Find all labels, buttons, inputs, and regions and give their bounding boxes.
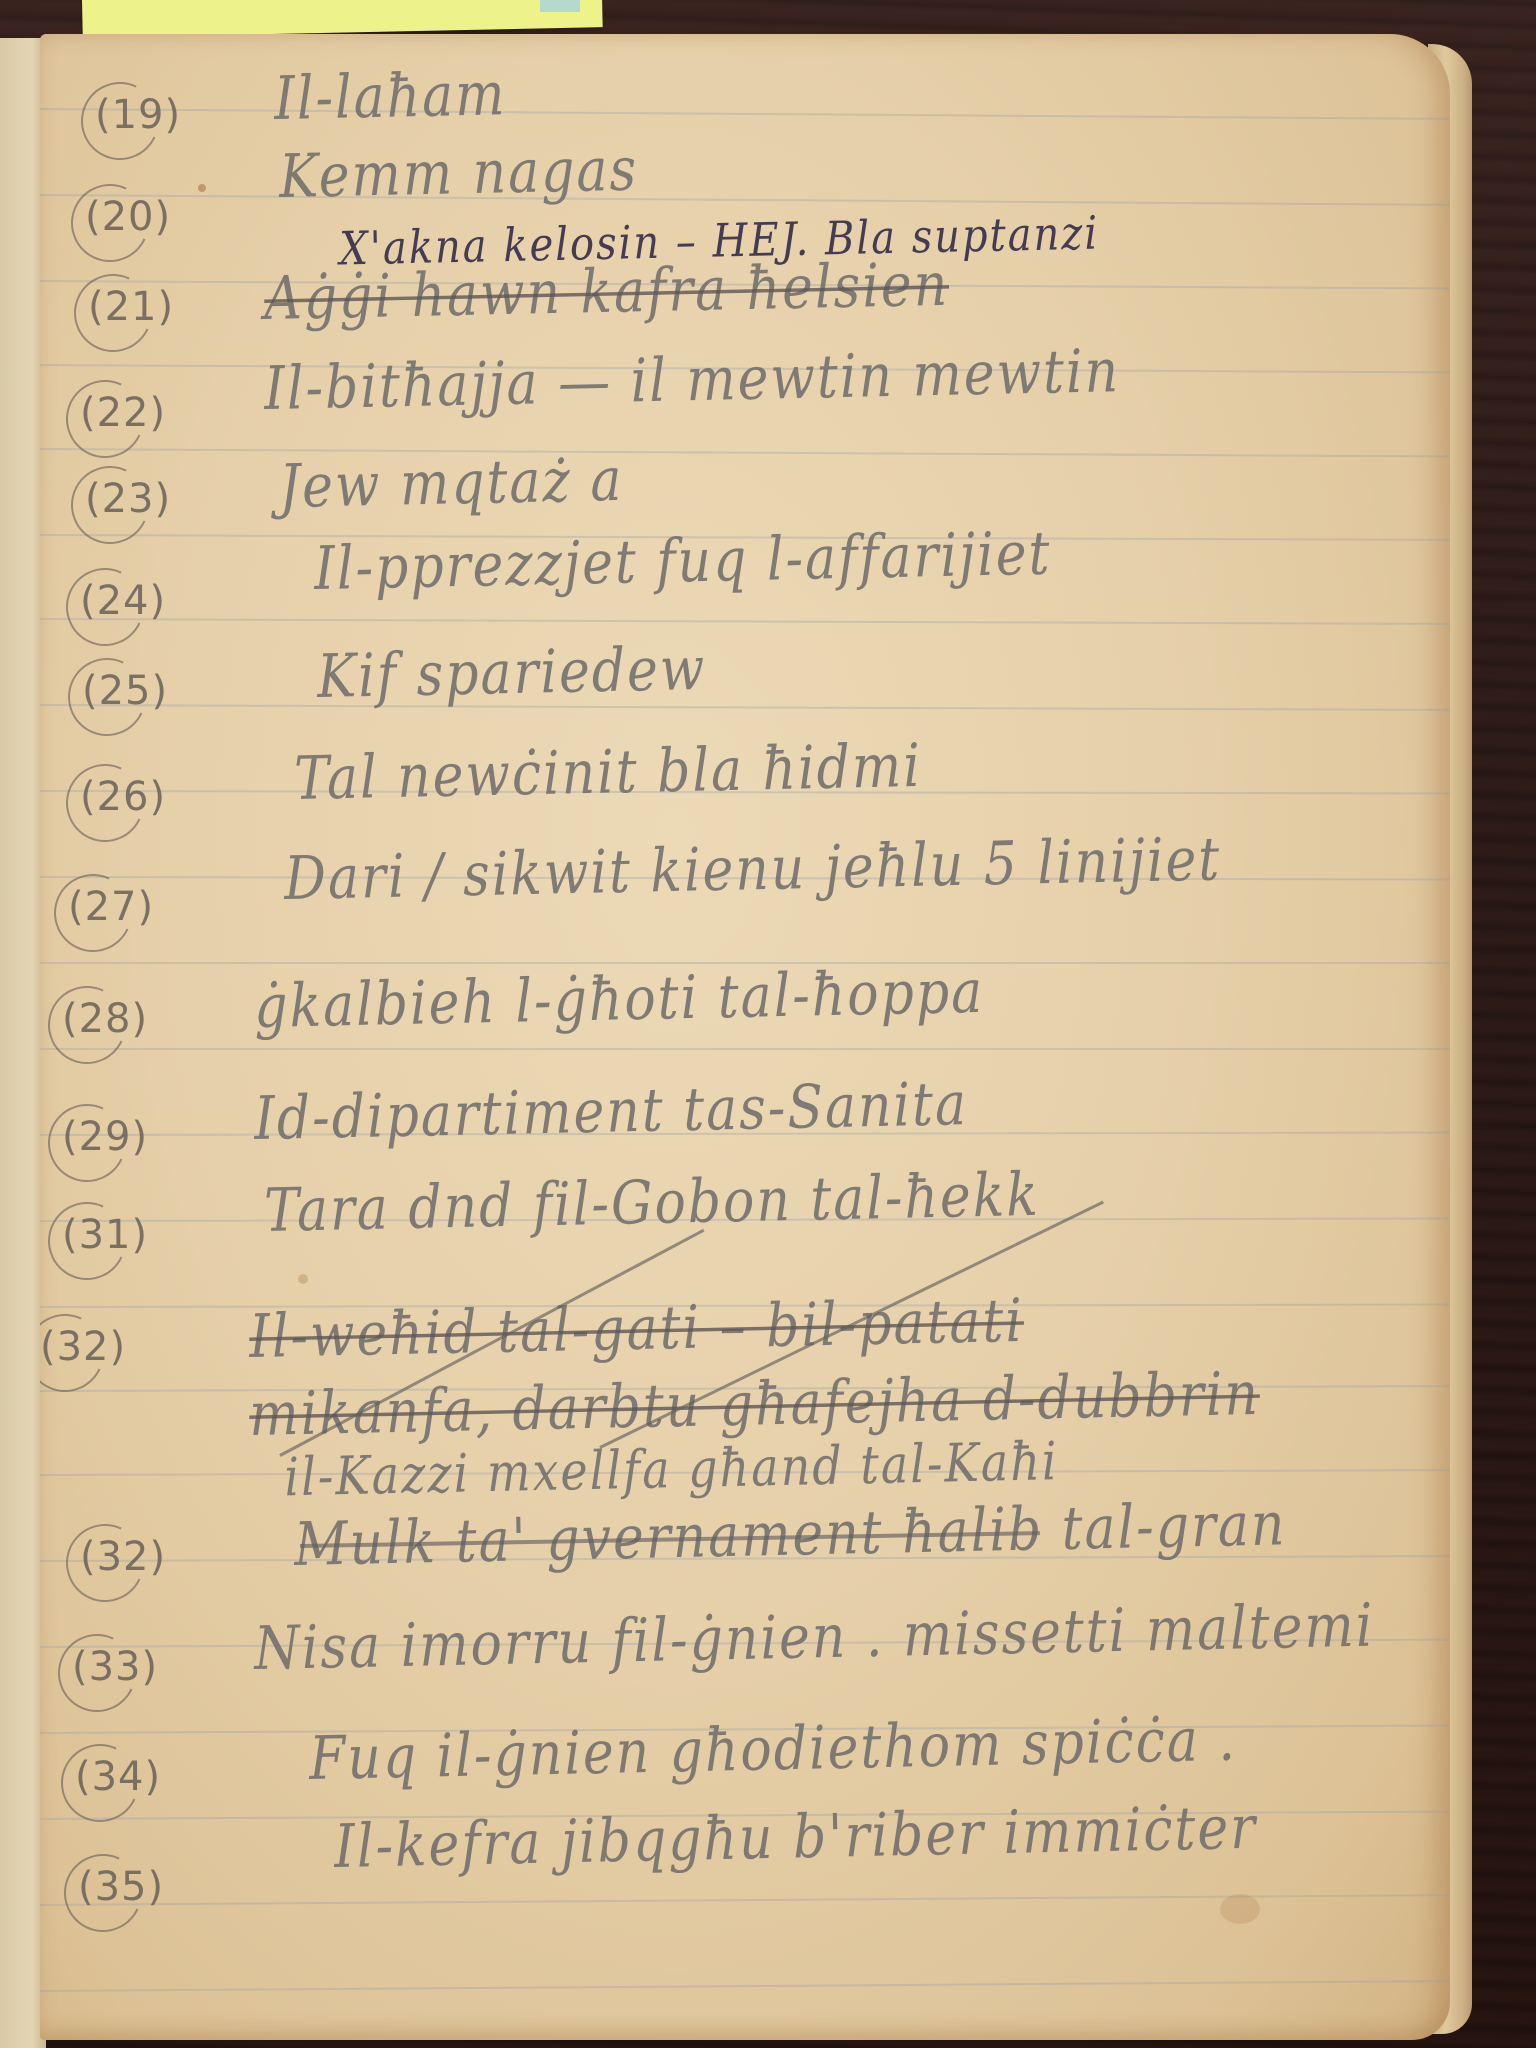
rule-line xyxy=(40,194,1450,206)
rule-line xyxy=(40,704,1450,711)
entry-number: (24) xyxy=(80,578,166,624)
entry-text: Nisa imorru fil-ġnien . missetti maltemi xyxy=(254,1592,1375,1684)
paper-stain xyxy=(1220,1894,1260,1924)
entry-text: Il-pprezzjet fuq l-affarijiet xyxy=(314,520,1053,604)
entry-text: Fuq il-ġnien għodiethom spiċċa . xyxy=(309,1706,1238,1794)
entry-number: (25) xyxy=(82,668,168,714)
entry-text: Il-bitħajja — il mewtin mewtin xyxy=(264,337,1121,424)
entry-text: Kif spariedew xyxy=(317,635,707,712)
entry-text-struck: Il-weħid tal-gati – bil-patati xyxy=(249,1287,1025,1372)
entry-number: (26) xyxy=(80,774,166,820)
entry-text-struck: Aġġi hawn kafra ħelsien xyxy=(264,251,950,334)
rule-line xyxy=(40,448,1450,457)
rule-line xyxy=(40,1048,1450,1050)
paper-stain xyxy=(298,1274,308,1284)
entry-number: (23) xyxy=(85,476,171,522)
entry-number: (28) xyxy=(62,996,148,1042)
entry-number: (35) xyxy=(78,1864,164,1910)
rule-line xyxy=(40,1980,1450,1992)
entry-text: Dari / sikwit kienu jeħlu 5 linijiet xyxy=(284,825,1222,914)
entry-text: Il-laħam xyxy=(274,60,508,134)
entry-text: Kemm nagas xyxy=(279,136,639,212)
entry-number: (22) xyxy=(80,390,166,436)
notebook-page: (19) Il-laħam (20) Kemm nagas X'akna kel… xyxy=(40,34,1450,2040)
entry-text: ġkalbieh l-ġħoti tal-ħoppa xyxy=(254,958,985,1042)
entry-text: Tara dnd fil-Gobon tal-ħekk xyxy=(264,1161,1041,1246)
entry-number: (33) xyxy=(72,1644,158,1690)
sticky-note-tab xyxy=(540,0,580,12)
entry-number: (27) xyxy=(68,884,154,930)
entry-text: Jew mqtaż a xyxy=(279,446,624,522)
entry-text: Tal newċinit bla ħidmi xyxy=(294,732,923,814)
entry-text: Il-kefra jibqgħu b'riber immiċter xyxy=(334,1794,1258,1882)
entry-number: (20) xyxy=(85,194,171,240)
entry-text: Id-dipartiment tas-Sanita xyxy=(254,1070,969,1154)
rule-line xyxy=(40,108,1450,120)
entry-number: (29) xyxy=(62,1114,148,1160)
entry-number: (32) xyxy=(80,1534,166,1580)
entry-number: (32) xyxy=(40,1324,126,1370)
entry-number: (21) xyxy=(88,284,174,330)
entry-number: (19) xyxy=(95,92,181,138)
paper-stain xyxy=(198,184,206,192)
entry-number: (34) xyxy=(75,1754,161,1800)
rule-line xyxy=(40,618,1450,625)
entry-number: (31) xyxy=(62,1212,148,1258)
